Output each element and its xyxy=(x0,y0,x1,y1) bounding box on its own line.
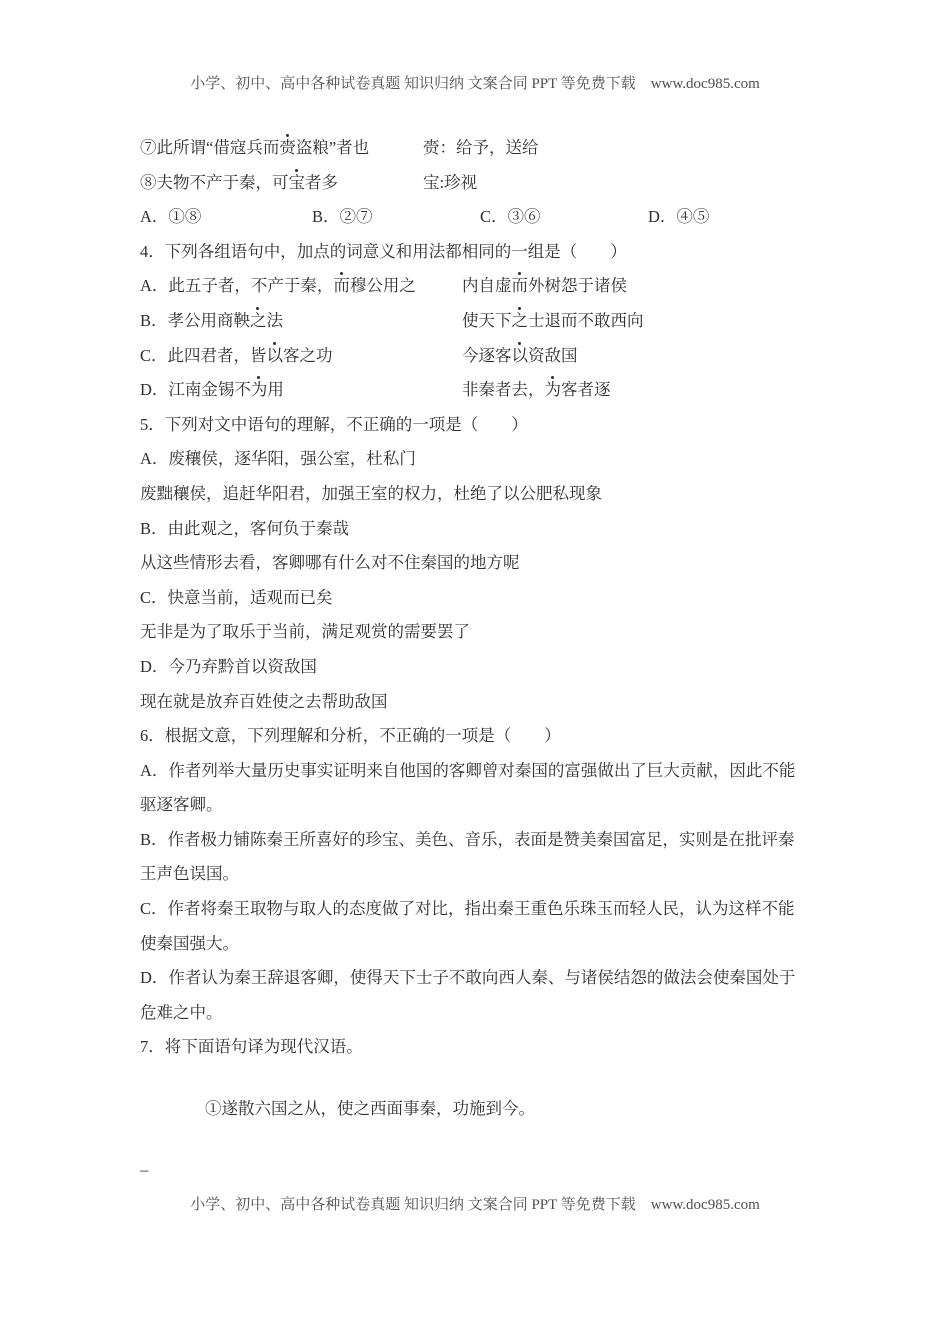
doc-line: 5．下列对文中语句的理解，不正确的一项是（ ） xyxy=(140,408,840,443)
doc-line: B．孝公用商鞅之法使天下之士退而不敢西向 xyxy=(140,304,840,339)
doc-line: C．此四君者，皆以客之功今逐客以资敌国 xyxy=(140,339,840,374)
doc-line: 危难之中。 xyxy=(140,996,840,1031)
text-segment: C．此四君者，皆 xyxy=(140,346,267,365)
emphasis-dot-char: 以 xyxy=(267,346,284,365)
doc-line: B．由此观之，客何负于秦哉 xyxy=(140,512,840,547)
text-segment: 7．将下面语句译为现代汉语。 xyxy=(140,1037,363,1056)
doc-line: 驱逐客卿。 xyxy=(140,788,840,823)
phrase-column: ⑦此所谓“借寇兵而赍盗粮”者也 xyxy=(140,138,369,157)
emphasis-dot-char: 为 xyxy=(251,380,268,399)
text-segment: 盗粮”者也 xyxy=(296,138,369,157)
text-segment: 4．下列各组语句中，加点的词意义和用法都相同的一组是（ ） xyxy=(140,242,627,261)
phrase-column: C．此四君者，皆以客之功 xyxy=(140,346,333,365)
doc-line: C．作者将秦王取物与取人的态度做了对比，指出秦王重色乐珠玉而轻人民，认为这样不能 xyxy=(140,892,840,927)
doc-line: C．快意当前，适观而已矣 xyxy=(140,581,840,616)
text-segment: D．江南金锡不 xyxy=(140,380,251,399)
text-segment: 现在就是放弃百姓使之去帮助敌国 xyxy=(140,692,388,711)
text-segment: ①遂散六国之从，使之西面事秦，功施到今。 xyxy=(205,1099,535,1118)
emphasis-dot-char: 而 xyxy=(512,276,529,295)
gloss-column: 非秦者去，为客者逐 xyxy=(462,373,611,408)
header-note: 小学、初中、高中各种试卷真题 知识归纳 文案合同 PPT 等免费下载 www.d… xyxy=(0,76,950,92)
text-segment: 赍：给予，送给 xyxy=(423,138,539,157)
text-segment: B．作者极力铺陈秦王所喜好的珍宝、美色、音乐，表面是赞美秦国富足，实则是在批评秦 xyxy=(140,830,795,849)
gloss-column: 赍：给予，送给 xyxy=(423,131,539,166)
text-segment: 5．下列对文中语句的理解，不正确的一项是（ ） xyxy=(140,415,528,434)
text-segment: 内自虚 xyxy=(462,276,512,295)
text-segment: 驱逐客卿。 xyxy=(140,795,223,814)
text-segment: 危难之中。 xyxy=(140,1003,223,1022)
text-segment: 者多 xyxy=(305,173,338,192)
emphasis-dot-char: 赍 xyxy=(279,138,296,157)
phrase-column: ⑧夫物不产于秦，可宝者多 xyxy=(140,173,338,192)
answer-option: A．①⑧ xyxy=(140,200,201,235)
gloss-column: 宝:珍视 xyxy=(423,166,477,201)
doc-line: 4．下列各组语句中，加点的词意义和用法都相同的一组是（ ） xyxy=(140,235,840,270)
doc-line: 王声色误国。 xyxy=(140,857,840,892)
text-segment: 宝:珍视 xyxy=(423,173,477,192)
phrase-column: D．江南金锡不为用 xyxy=(140,380,284,399)
doc-line: D．江南金锡不为用非秦者去，为客者逐 xyxy=(140,373,840,408)
text-segment: 王声色误国。 xyxy=(140,864,239,883)
doc-line: A．①⑧B．②⑦C．③⑥D．④⑤ xyxy=(140,200,840,235)
text-segment: ⑦此所谓“借寇兵而 xyxy=(140,138,279,157)
doc-line: D．今乃弃黔首以资敌国 xyxy=(140,650,840,685)
emphasis-dot-char: 以 xyxy=(512,346,529,365)
doc-line: A．废穰侯，逐华阳，强公室，杜私门 xyxy=(140,442,840,477)
text-segment: B．由此观之，客何负于秦哉 xyxy=(140,519,349,538)
doc-line: 使秦国强大。 xyxy=(140,927,840,962)
answer-option: D．④⑤ xyxy=(648,200,709,235)
doc-line: ①遂散六国之从，使之西面事秦，功施到今。 xyxy=(140,1092,840,1127)
text-segment: 用 xyxy=(267,380,284,399)
text-segment: 士退而不敢西向 xyxy=(528,311,644,330)
text-segment: 使天下 xyxy=(462,311,512,330)
text-segment: 穆公用之 xyxy=(350,276,416,295)
doc-line: 现在就是放弃百姓使之去帮助敌国 xyxy=(140,685,840,720)
doc-line: 6．根据文意，下列理解和分析，不正确的一项是（ ） xyxy=(140,719,840,754)
answer-option: B．②⑦ xyxy=(312,200,373,235)
text-segment: 无非是为了取乐于当前，满足观赏的需要罢了 xyxy=(140,622,470,641)
document-body: ⑦此所谓“借寇兵而赍盗粮”者也赍：给予，送给⑧夫物不产于秦，可宝者多宝:珍视A．… xyxy=(140,131,840,1187)
doc-line: A．此五子者，不产于秦，而穆公用之内自虚而外树怨于诸侯 xyxy=(140,269,840,304)
text-segment: B．孝公用商鞅 xyxy=(140,311,250,330)
text-segment: 今逐客 xyxy=(462,346,512,365)
text-segment: 法 xyxy=(267,311,284,330)
gloss-column: 今逐客以资敌国 xyxy=(462,339,578,374)
emphasis-dot-char: 为 xyxy=(545,380,562,399)
doc-line: 从这些情形去看，客卿哪有什么对不住秦国的地方呢 xyxy=(140,546,840,581)
text-segment: ⑧夫物不产于秦，可 xyxy=(140,173,289,192)
doc-line: ⑧夫物不产于秦，可宝者多宝:珍视 xyxy=(140,166,840,201)
text-segment: C．作者将秦王取物与取人的态度做了对比，指出秦王重色乐珠玉而轻人民，认为这样不能 xyxy=(140,899,795,918)
text-segment: D．作者认为秦王辞退客卿，使得天下士子不敢向西人秦、与诸侯结怨的做法会使秦国处于 xyxy=(140,968,795,987)
doc-line: B．作者极力铺陈秦王所喜好的珍宝、美色、音乐，表面是赞美秦国富足，实则是在批评秦 xyxy=(140,823,840,858)
phrase-column: A．此五子者，不产于秦，而穆公用之 xyxy=(140,276,416,295)
text-segment: D．今乃弃黔首以资敌国 xyxy=(140,657,317,676)
text-segment: A．作者列举大量历史事实证明来自他国的客卿曾对秦国的富强做出了巨大贡献，因此不能 xyxy=(140,761,795,780)
text-segment: 6．根据文意，下列理解和分析，不正确的一项是（ ） xyxy=(140,726,561,745)
phrase-column: B．孝公用商鞅之法 xyxy=(140,311,283,330)
text-segment: 客者逐 xyxy=(561,380,611,399)
doc-line: 废黜穰侯，追赶华阳君，加强王室的权力，杜绝了以公肥私现象 xyxy=(140,477,840,512)
text-segment: 非秦者去， xyxy=(462,380,545,399)
emphasis-dot-char: 之 xyxy=(250,311,267,330)
text-segment: A．此五子者，不产于秦， xyxy=(140,276,333,295)
doc-line: 7．将下面语句译为现代汉语。 xyxy=(140,1030,840,1065)
text-segment: 废黜穰侯，追赶华阳君，加强王室的权力，杜绝了以公肥私现象 xyxy=(140,484,602,503)
emphasis-dot-char: 宝 xyxy=(289,173,306,192)
doc-line: A．作者列举大量历史事实证明来自他国的客卿曾对秦国的富强做出了巨大贡献，因此不能 xyxy=(140,754,840,789)
text-segment: 客之功 xyxy=(283,346,333,365)
page: { "header": { "text": "小学、初中、高中各种试卷真题 知识… xyxy=(0,0,950,1344)
gloss-column: 内自虚而外树怨于诸侯 xyxy=(462,269,627,304)
gloss-column: 使天下之士退而不敢西向 xyxy=(462,304,644,339)
answer-option: C．③⑥ xyxy=(480,200,541,235)
trailing-dash: – xyxy=(140,1153,840,1188)
text-segment: 资敌国 xyxy=(528,346,578,365)
emphasis-dot-char: 而 xyxy=(333,276,350,295)
text-segment: 外树怨于诸侯 xyxy=(528,276,627,295)
text-segment: C．快意当前，适观而已矣 xyxy=(140,588,333,607)
emphasis-dot-char: 之 xyxy=(512,311,529,330)
text-segment: A．废穰侯，逐华阳，强公室，杜私门 xyxy=(140,449,416,468)
footer-note: 小学、初中、高中各种试卷真题 知识归纳 文案合同 PPT 等免费下载 www.d… xyxy=(0,1197,950,1213)
text-segment: 使秦国强大。 xyxy=(140,934,239,953)
doc-line: D．作者认为秦王辞退客卿，使得天下士子不敢向西人秦、与诸侯结怨的做法会使秦国处于 xyxy=(140,961,840,996)
doc-line: ⑦此所谓“借寇兵而赍盗粮”者也赍：给予，送给 xyxy=(140,131,840,166)
doc-line: 无非是为了取乐于当前，满足观赏的需要罢了 xyxy=(140,615,840,650)
text-segment: 从这些情形去看，客卿哪有什么对不住秦国的地方呢 xyxy=(140,553,520,572)
